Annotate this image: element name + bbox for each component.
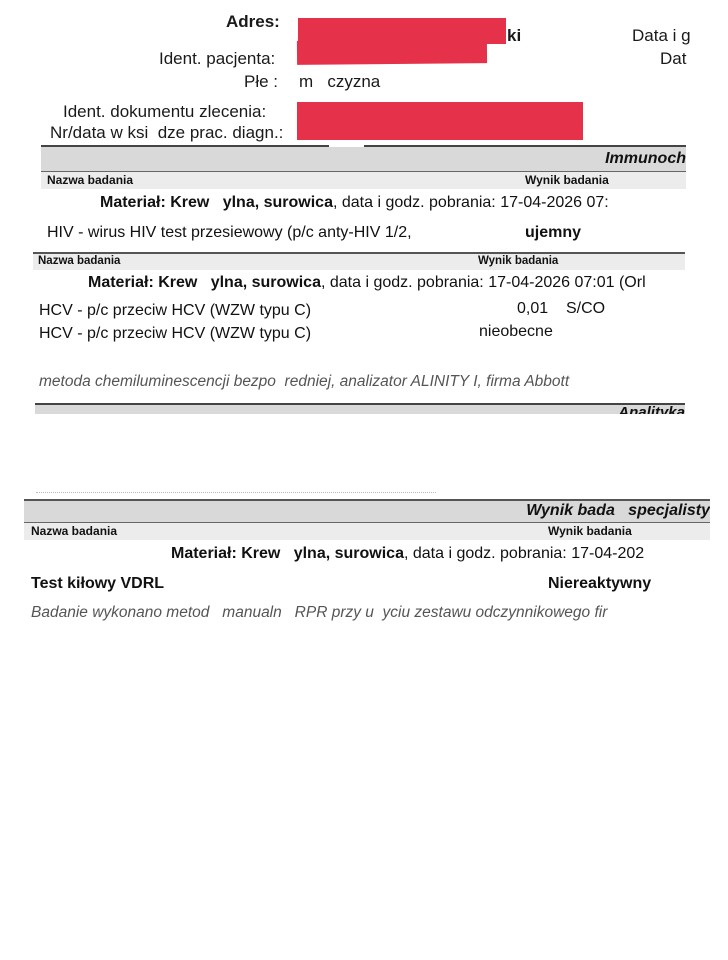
book-label: Nr/data w ksi dze prac. diagn.: [50,123,283,143]
redaction-order-doc [297,102,583,140]
order-doc-label: Ident. dokumentu zlecenia: [63,102,266,122]
test-row-hcv-quantitative: HCV - p/c przeciw HCV (WZW typu C) [39,302,311,320]
material-collection-date: , data i godz. pobrania: 17-04-202 [404,545,644,562]
column-header-test-name: Nazwa badania [31,524,117,538]
material-line: Materiał: Krew ylna, surowica, data i go… [171,545,711,563]
test-result-hcv-unit: S/CO [566,300,605,318]
section2-column-header [33,254,685,270]
material-collection-date: , data i godz. pobrania: 17-04-2026 07: [333,194,609,211]
material-label: Materiał: Krew ylna, surowica [100,194,333,211]
method-note-hcv: metoda chemiluminescencji bezpo redniej,… [39,373,569,391]
sex-label: Płe : [244,72,278,92]
sex-value: m czyzna [299,72,380,92]
material-line: Materiał: Krew ylna, surowica, data i go… [88,274,686,292]
test-row-hiv: HIV - wirus HIV test przesiewowy (p/c an… [47,224,412,242]
section-title-analityka: Analityka [560,405,685,414]
column-header-result: Wynik badania [548,524,632,538]
section-title-text: Analityka [618,405,685,414]
material-collection-date: , data i godz. pobrania: 17-04-2026 07:0… [321,274,646,291]
patient-id-label: Ident. pacjenta: [159,49,275,69]
test-row-hcv-qualitative: HCV - p/c przeciw HCV (WZW typu C) [39,325,311,343]
column-header-test-name: Nazwa badania [38,255,120,267]
redaction-patient-id [297,39,487,65]
section-title-text: Wynik bada specjalisty [526,502,710,519]
test-result-vdrl: Niereaktywny [548,575,651,593]
report-date-label: Data i g [632,26,691,46]
column-header-test-name: Nazwa badania [47,173,133,187]
address-value-tail: ki [507,26,521,46]
test-result-hcv-value: 0,01 [517,300,548,318]
test-result-hcv-qualitative: nieobecne [479,323,553,341]
test-row-vdrl: Test kiłowy VDRL [31,575,164,593]
material-line: Materiał: Krew ylna, surowica, data i go… [100,194,690,212]
method-note-text: Badanie wykonano metod manualn RPR przy … [31,604,607,621]
address-label: Adres: [226,12,280,32]
section-title-text: Immunoch [605,150,686,167]
report-date-label-2: Dat [660,49,686,69]
column-header-result: Wynik badania [478,255,558,267]
material-label: Materiał: Krew ylna, surowica [171,545,404,562]
test-result-hiv: ujemny [525,224,581,242]
section-title-specialist: Wynik bada specjalisty [460,502,710,520]
column-header-result: Wynik badania [525,173,609,187]
section-title-immunochemistry: Immunoch [560,150,686,168]
material-label: Materiał: Krew ylna, surowica [88,274,321,291]
cut-off-text-fragments [36,492,436,497]
method-note-vdrl: Badanie wykonano metod manualn RPR przy … [31,604,711,622]
